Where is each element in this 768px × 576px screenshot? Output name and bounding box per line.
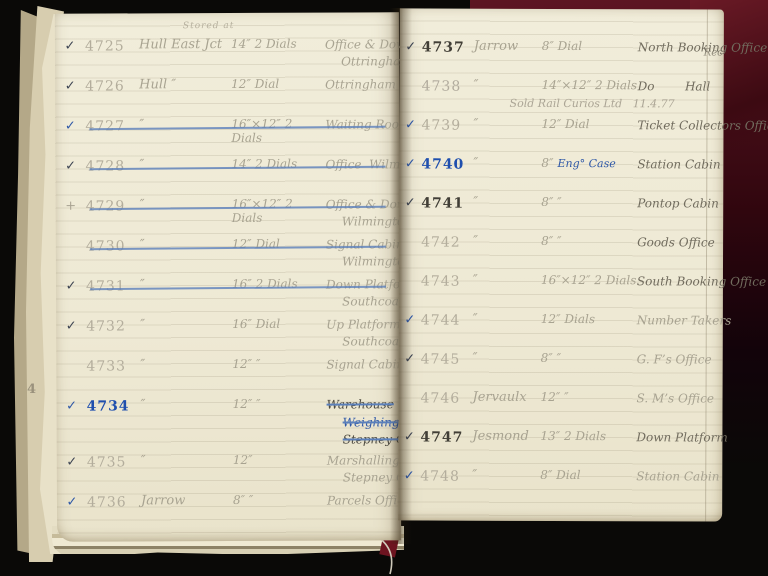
entry-number: 4726: [85, 77, 139, 94]
dial-size: 8″ ″: [541, 234, 637, 248]
location-name: Jarrow: [474, 39, 542, 54]
entry-number: 4728: [85, 157, 139, 174]
check-mark: ✓: [55, 118, 85, 134]
dial-size: 12″ Dial: [232, 237, 326, 251]
entry-number: 4725: [85, 37, 139, 54]
location-description: Station Cabin: [637, 156, 723, 173]
location-name: Jesmond: [472, 429, 540, 444]
description-line: South Booking Office: [637, 273, 766, 290]
entry-number: 4748: [420, 468, 472, 485]
ledger-row: ✓4732″16″ DialUp Platform & OfficeSouthc…: [56, 316, 400, 354]
entry-number: 4745: [421, 351, 473, 368]
description-line: Station Cabin: [636, 468, 722, 485]
ledger-row: ✓4747Jesmond13″ 2 DialsDown Platform: [398, 428, 722, 468]
location-name: ″: [140, 317, 232, 332]
entry-number: 4731: [86, 277, 140, 294]
location-name: ″: [140, 277, 232, 292]
ledger-row: 4746Jervaulx12″ ″S. M’s Office: [398, 389, 722, 429]
location-name: ″: [139, 157, 231, 172]
ledger-row: ✓4748″8″ DialStation Cabin: [398, 467, 722, 507]
location-name: Jarrow: [141, 493, 233, 508]
ledger-row: ✓4728″14″ 2 DialsOffice Wilmington: [55, 156, 399, 194]
entry-number: 4734: [87, 397, 141, 414]
ledger-row: 4738″14″×12″ 2 DialsDo HallSold Rail Cur…: [400, 77, 724, 117]
location-name: ″: [473, 312, 541, 327]
dial-size: 8″ Dial: [542, 39, 638, 53]
dial-size: 8″ ″: [541, 195, 637, 209]
ledger-row: ✓4745″8″ ″G. F’s Office: [399, 350, 723, 390]
location-description: Down Platform: [636, 429, 727, 446]
ledger-row: ✓4736Jarrow8″ ″Parcels Office: [57, 492, 401, 530]
left-page-rows: ✓4725Hull East Jct14″ 2 DialsOffice & Do…: [55, 12, 401, 541]
dial-size: 14″ 2 Dials: [231, 157, 325, 171]
location-name: ″: [140, 357, 232, 372]
location-description: North Booking Office: [638, 39, 767, 56]
entry-number: 4727: [85, 117, 139, 134]
check-mark: ✓: [55, 38, 85, 54]
entry-number: 4741: [421, 195, 473, 212]
check-mark: [56, 238, 86, 239]
description-line: S. M’s Office: [637, 390, 723, 407]
check-mark: ✓: [57, 454, 87, 470]
entry-number: 4737: [422, 39, 474, 56]
ledger-photo: 4 Stored at ✓4725Hull East Jct14″ 2 Dial…: [0, 0, 768, 576]
dial-size: 8″Eng° Case: [541, 156, 637, 170]
location-name: ″: [141, 453, 233, 468]
dial-size: 13″ 2 Dials: [540, 429, 636, 443]
ledger-row: 4742″8″ ″Goods Office: [399, 233, 723, 273]
ledger-row: ✓4744″12″ DialsNumber Takers: [399, 311, 723, 351]
page-left: Stored at ✓4725Hull East Jct14″ 2 DialsO…: [55, 12, 401, 541]
dial-size: 12″ Dial: [541, 117, 637, 131]
entry-number: 4736: [87, 493, 141, 510]
entry-number: 4735: [87, 453, 141, 470]
check-mark: [56, 358, 86, 359]
entry-number: 4747: [420, 429, 472, 446]
location-name: Jervaulx: [473, 390, 541, 405]
entry-number: 4743: [421, 273, 473, 290]
ledger-row: 4730″12″ DialSignal CabinWilmington East…: [56, 236, 400, 274]
location-name: ″: [139, 117, 231, 132]
entry-number: 4730: [86, 237, 140, 254]
dial-size-note: Eng° Case: [557, 157, 615, 170]
check-mark: +: [56, 198, 86, 214]
check-mark: ✓: [56, 318, 86, 334]
location-description: Number Takers: [637, 312, 731, 329]
dial-size: 16″×12″ 2 Dials: [232, 197, 326, 225]
location-name: ″: [473, 273, 541, 288]
ledger-row: ✓4734″12″ ″WarehouseSutton StWeighing Of…: [57, 396, 401, 450]
right-page-rows: ✓4737Jarrow8″ DialNorth Booking Office47…: [398, 8, 724, 521]
entry-number: 4740: [421, 156, 473, 173]
location-description: South Booking Office: [637, 273, 766, 290]
dial-size: 16″ Dial: [232, 317, 326, 331]
entry-number: 4733: [86, 357, 140, 374]
check-mark: ✓: [55, 78, 85, 94]
location-name: ″: [473, 195, 541, 210]
description-line: Goods Office: [637, 234, 723, 251]
entry-number: 4739: [421, 117, 473, 134]
ledger-row: ✓4731″16″ 2 DialsDown Platform & OfficeS…: [56, 276, 400, 314]
ledger-row: 4743″16″×12″ 2 DialsSouth Booking Office: [399, 272, 723, 312]
ledger-row: ✓4735″12″Marshalling Sidings —Stepney Go…: [57, 452, 401, 490]
location-name: ″: [474, 78, 542, 93]
dial-size: 12″ ″: [233, 397, 327, 411]
description-line: Ticket Collectors Office: [637, 117, 768, 134]
location-name: ″: [473, 351, 541, 366]
location-description: S. M’s Office: [637, 390, 723, 407]
entry-number: 4746: [421, 390, 473, 407]
page-right: Rec ✓4737Jarrow8″ DialNorth Booking Offi…: [398, 8, 724, 521]
check-mark: ✓: [57, 398, 87, 414]
description-line: Do Hall: [638, 78, 724, 95]
location-name: ″: [473, 156, 541, 171]
entry-number: 4738: [422, 78, 474, 95]
location-name: ″: [472, 468, 540, 483]
ledger-row: ✓4727″16″×12″ 2 DialsWaiting Room & Plat…: [55, 116, 399, 154]
ledger-row: ✓4740″8″Eng° CaseStation Cabin: [399, 155, 723, 195]
ledger-row: ✓4725Hull East Jct14″ 2 DialsOffice & Do…: [55, 36, 399, 74]
ledger-row: +4729″16″×12″ 2 DialsOffice & Down Platf…: [56, 196, 400, 234]
entry-number: 4732: [86, 317, 140, 334]
description-line: G. F’s Office: [637, 351, 723, 368]
dial-size: 12″: [233, 453, 327, 467]
location-name: ″: [140, 237, 232, 252]
ledger-row: ✓4739″12″ DialTicket Collectors Office: [399, 116, 723, 156]
location-description: Goods Office: [637, 234, 723, 251]
description-line: North Booking Office: [638, 39, 767, 56]
location-name: ″: [140, 197, 232, 212]
dial-size: 12″ ″: [541, 390, 637, 404]
description-line: Station Cabin: [637, 156, 723, 173]
check-mark: ✓: [56, 278, 86, 294]
location-description: G. F’s Office: [637, 351, 723, 368]
ledger-row: 4733″12″ ″Signal Cabin: [56, 356, 400, 394]
location-name: ″: [141, 397, 233, 412]
check-mark: ✓: [57, 494, 87, 510]
description-line: Pontop Cabin: [637, 195, 723, 212]
dial-size: 16″×12″ 2 Dials: [231, 117, 325, 145]
check-mark: ✓: [55, 158, 85, 174]
location-description: Do HallSold Rail Curios Ltd 11.4.77: [638, 78, 724, 112]
dial-size: 8″ ″: [233, 493, 327, 507]
location-name: Hull East Jct: [139, 37, 231, 52]
description-line: Down Platform: [636, 429, 727, 446]
dial-size: 12″ Dial: [231, 77, 325, 91]
dial-size: 14″×12″ 2 Dials: [542, 78, 638, 92]
entry-number: 4729: [86, 197, 140, 214]
dial-size: 12″ Dials: [541, 312, 637, 326]
ledger-row: ✓4737Jarrow8″ DialNorth Booking Office: [400, 38, 724, 78]
description-line: Sold Rail Curios Ltd 11.4.77: [510, 95, 724, 113]
ledger-row: ✓4726Hull ″12″ DialOttringham Signal Cab…: [55, 76, 399, 114]
location-name: ″: [473, 234, 541, 249]
ledger-row: ✓4741″8″ ″Pontop Cabin: [399, 194, 723, 234]
torn-page-fragment-digit: 4: [27, 382, 36, 397]
location-description: Ticket Collectors Office: [637, 117, 768, 134]
dial-size: 12″ ″: [232, 357, 326, 371]
location-description: Pontop Cabin: [637, 195, 723, 212]
dial-size: 8″ ″: [541, 351, 637, 365]
dial-size: 16″×12″ 2 Dials: [541, 273, 637, 287]
dial-size: 8″ Dial: [540, 468, 636, 482]
description-line: Number Takers: [637, 312, 731, 329]
location-name: ″: [473, 117, 541, 132]
location-name: Hull ″: [139, 77, 231, 92]
dial-size: 16″ 2 Dials: [232, 277, 326, 291]
book-gutter: [390, 8, 412, 544]
entry-number: 4742: [421, 234, 473, 251]
entry-number: 4744: [421, 312, 473, 329]
location-description: Station Cabin: [636, 468, 722, 485]
dial-size: 14″ 2 Dials: [231, 37, 325, 51]
